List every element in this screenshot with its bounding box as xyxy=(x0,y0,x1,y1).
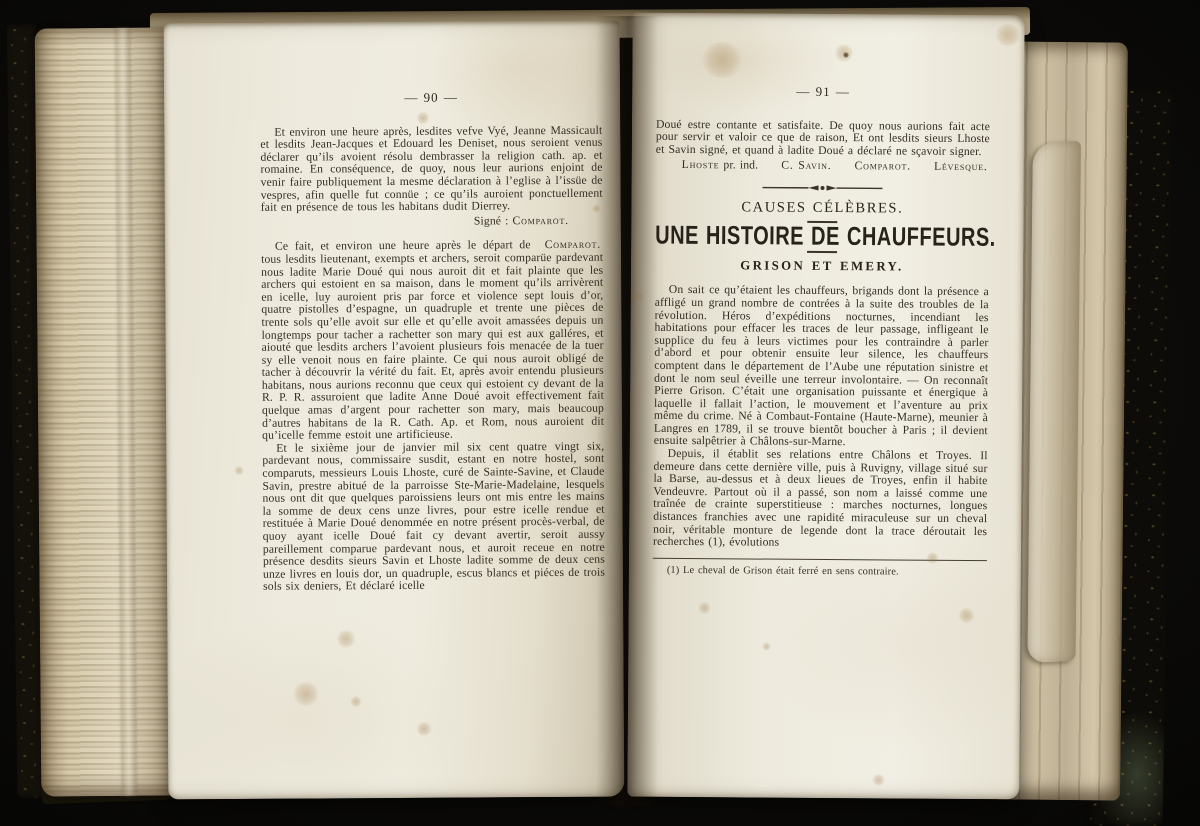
signatures-row: Lhoste pr. ind. C. Savin. Comparot. Léve… xyxy=(656,156,990,174)
signature: Lhoste pr. ind. xyxy=(682,159,759,172)
section-heading: CAUSES CÉLÈBRES. xyxy=(655,200,989,215)
page-number-90: — 90 — xyxy=(260,91,602,106)
signature-name: Comparot. xyxy=(512,214,568,227)
signature: Comparot. xyxy=(855,161,911,174)
open-book-photo: — 90 — Et environ une heure après, lesdi… xyxy=(0,0,1200,826)
page-91: — 91 — Doué estre contante et satisfaite… xyxy=(627,13,1024,800)
signature-prefix: Signé : xyxy=(474,214,513,227)
paragraph: Doué estre contante et satisfaite. De qu… xyxy=(656,118,990,158)
section-divider-ornament xyxy=(655,181,989,196)
page-stack-left-edge xyxy=(35,27,180,796)
page-90: — 90 — Et environ une heure après, lesdi… xyxy=(164,21,625,800)
paragraph: On sait ce qu’étaient les chauffeurs, br… xyxy=(654,284,989,450)
paragraph-text: Ce fait, et environ une heure après le d… xyxy=(261,239,604,442)
page-91-text-column: — 91 — Doué estre contante et satisfaite… xyxy=(653,85,990,579)
footnote-rule xyxy=(653,558,987,561)
paragraph: Depuis, il établit ses relations entre C… xyxy=(653,448,988,551)
paragraph: Comparot.Ce fait, et environ une heure a… xyxy=(261,239,604,443)
signature: C. Savin. xyxy=(781,160,831,173)
page-number-91: — 91 — xyxy=(656,85,990,100)
folded-page-corner xyxy=(1027,141,1080,663)
article-title: UNE HISTOIRE DE CHAUFFEURS. xyxy=(655,228,989,247)
article-subtitle: GRISON ET EMERY. xyxy=(655,259,989,274)
footnote: (1) Le cheval de Grison était ferré en s… xyxy=(653,565,987,579)
signature: Lévesque. xyxy=(934,161,988,174)
signature-line: Signé : Comparot. xyxy=(261,214,603,229)
paragraph: Et environ une heure après, lesdites vef… xyxy=(260,124,603,214)
page-90-text-column: — 90 — Et environ une heure après, lesdi… xyxy=(260,91,605,594)
paragraph: Et le sixième jour de janvier mil six ce… xyxy=(262,441,605,594)
